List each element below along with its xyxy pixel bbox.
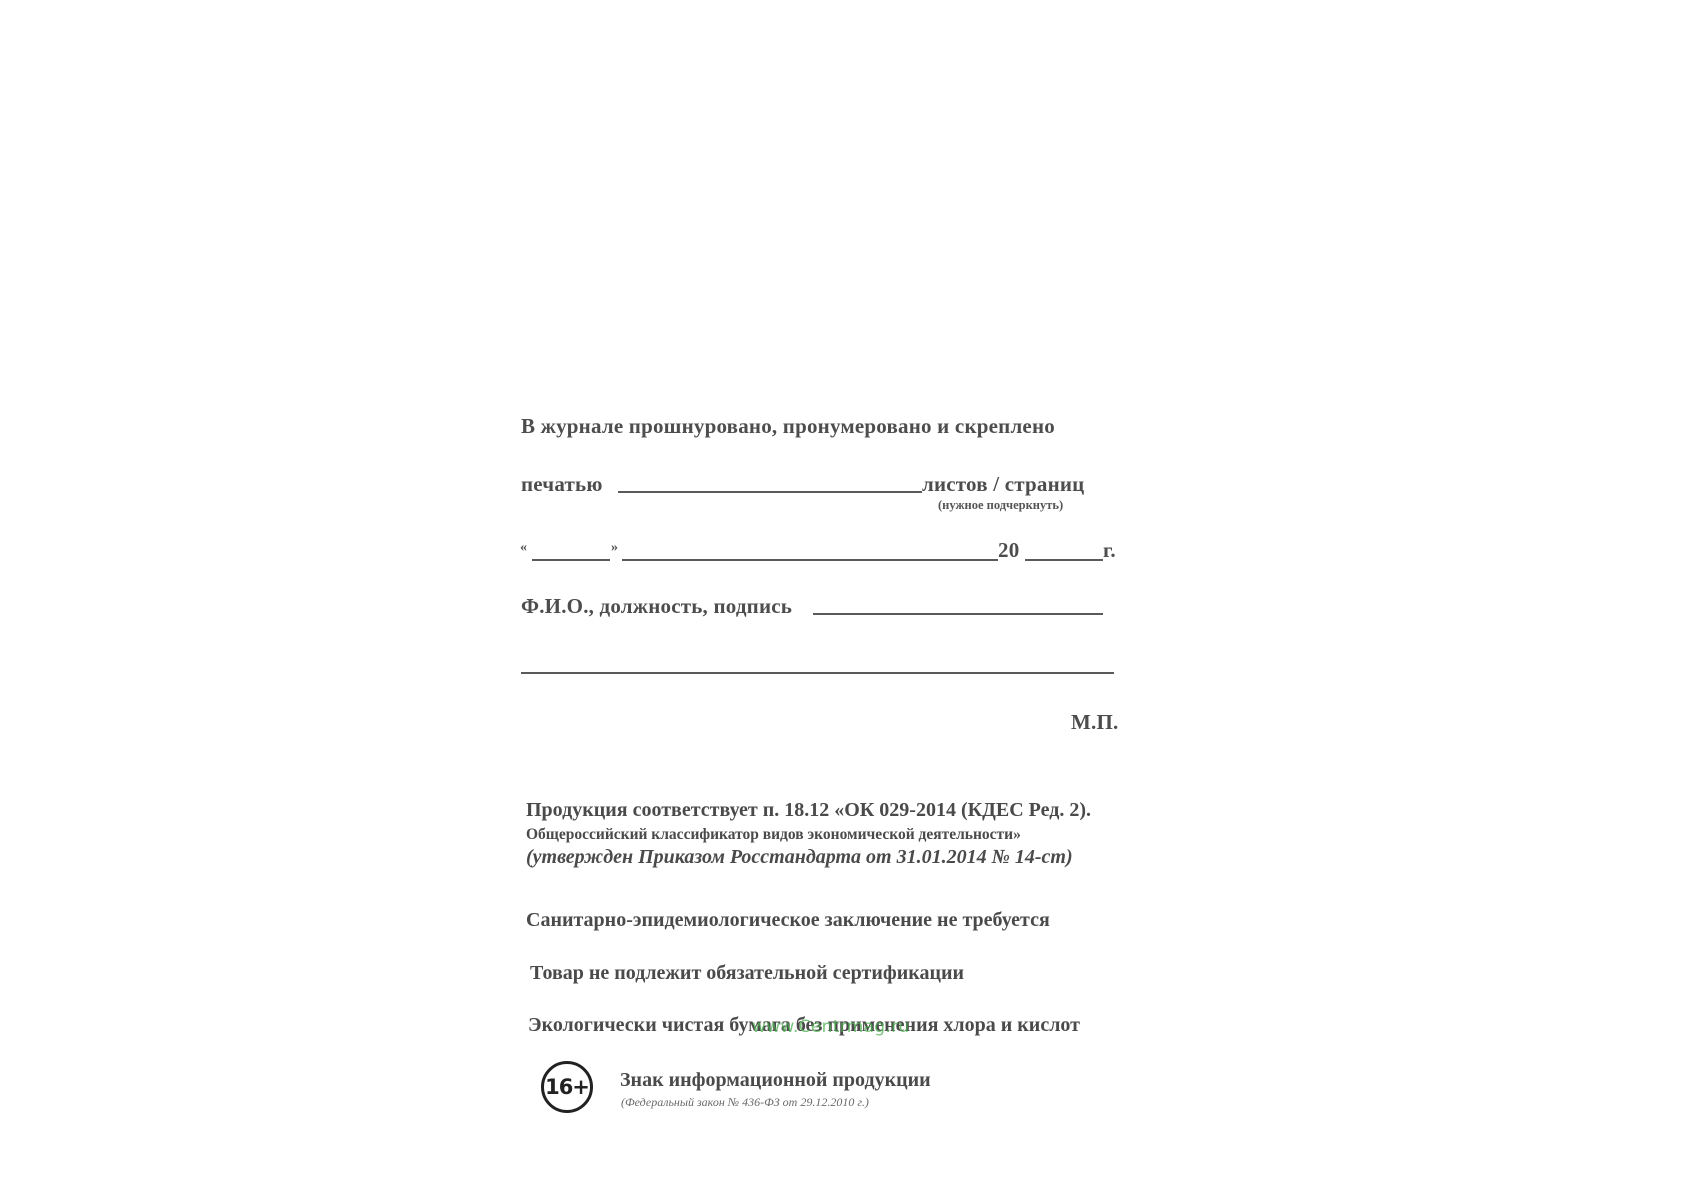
seal-label: печатью bbox=[521, 472, 603, 497]
certification-text: Товар не подлежит обязательной сертифика… bbox=[530, 962, 964, 985]
underline-note: (нужное подчеркнуть) bbox=[938, 498, 1063, 513]
journal-binding-statement: В журнале прошнуровано, пронумеровано и … bbox=[521, 414, 1055, 439]
year-prefix: 20 bbox=[998, 538, 1019, 563]
info-product-mark-text: Знак информационной продукции bbox=[620, 1069, 931, 1092]
date-close-quote: » bbox=[611, 540, 618, 556]
year-blank[interactable] bbox=[1025, 559, 1103, 561]
date-open-quote: « bbox=[520, 540, 527, 556]
sheets-count-blank[interactable] bbox=[618, 491, 922, 493]
signature-label: Ф.И.О., должность, подпись bbox=[521, 594, 792, 619]
age-rating-16-plus-icon: 16+ bbox=[541, 1061, 593, 1113]
sanitary-text: Санитарно-эпидемиологическое заключение … bbox=[526, 909, 1050, 932]
day-blank[interactable] bbox=[532, 559, 610, 561]
classifier-text: Общероссийский классификатор видов эконо… bbox=[526, 826, 1021, 844]
signature-blank[interactable] bbox=[813, 613, 1103, 615]
stamp-place-label: М.П. bbox=[1071, 710, 1118, 735]
signature-continuation-blank[interactable] bbox=[521, 672, 1114, 674]
year-suffix: г. bbox=[1103, 538, 1116, 563]
approval-text: (утвержден Приказом Росстандарта от 31.0… bbox=[526, 846, 1073, 869]
law-reference-text: (Федеральный закон № 436-ФЗ от 29.12.201… bbox=[621, 1095, 869, 1110]
age-rating-label: 16+ bbox=[545, 1075, 589, 1099]
sheets-pages-label: листов / страниц bbox=[922, 472, 1084, 497]
month-blank[interactable] bbox=[622, 559, 998, 561]
compliance-text: Продукция соответствует п. 18.12 «ОК 029… bbox=[526, 799, 1091, 822]
watermark: www.Centrmag.ru bbox=[752, 1017, 909, 1037]
